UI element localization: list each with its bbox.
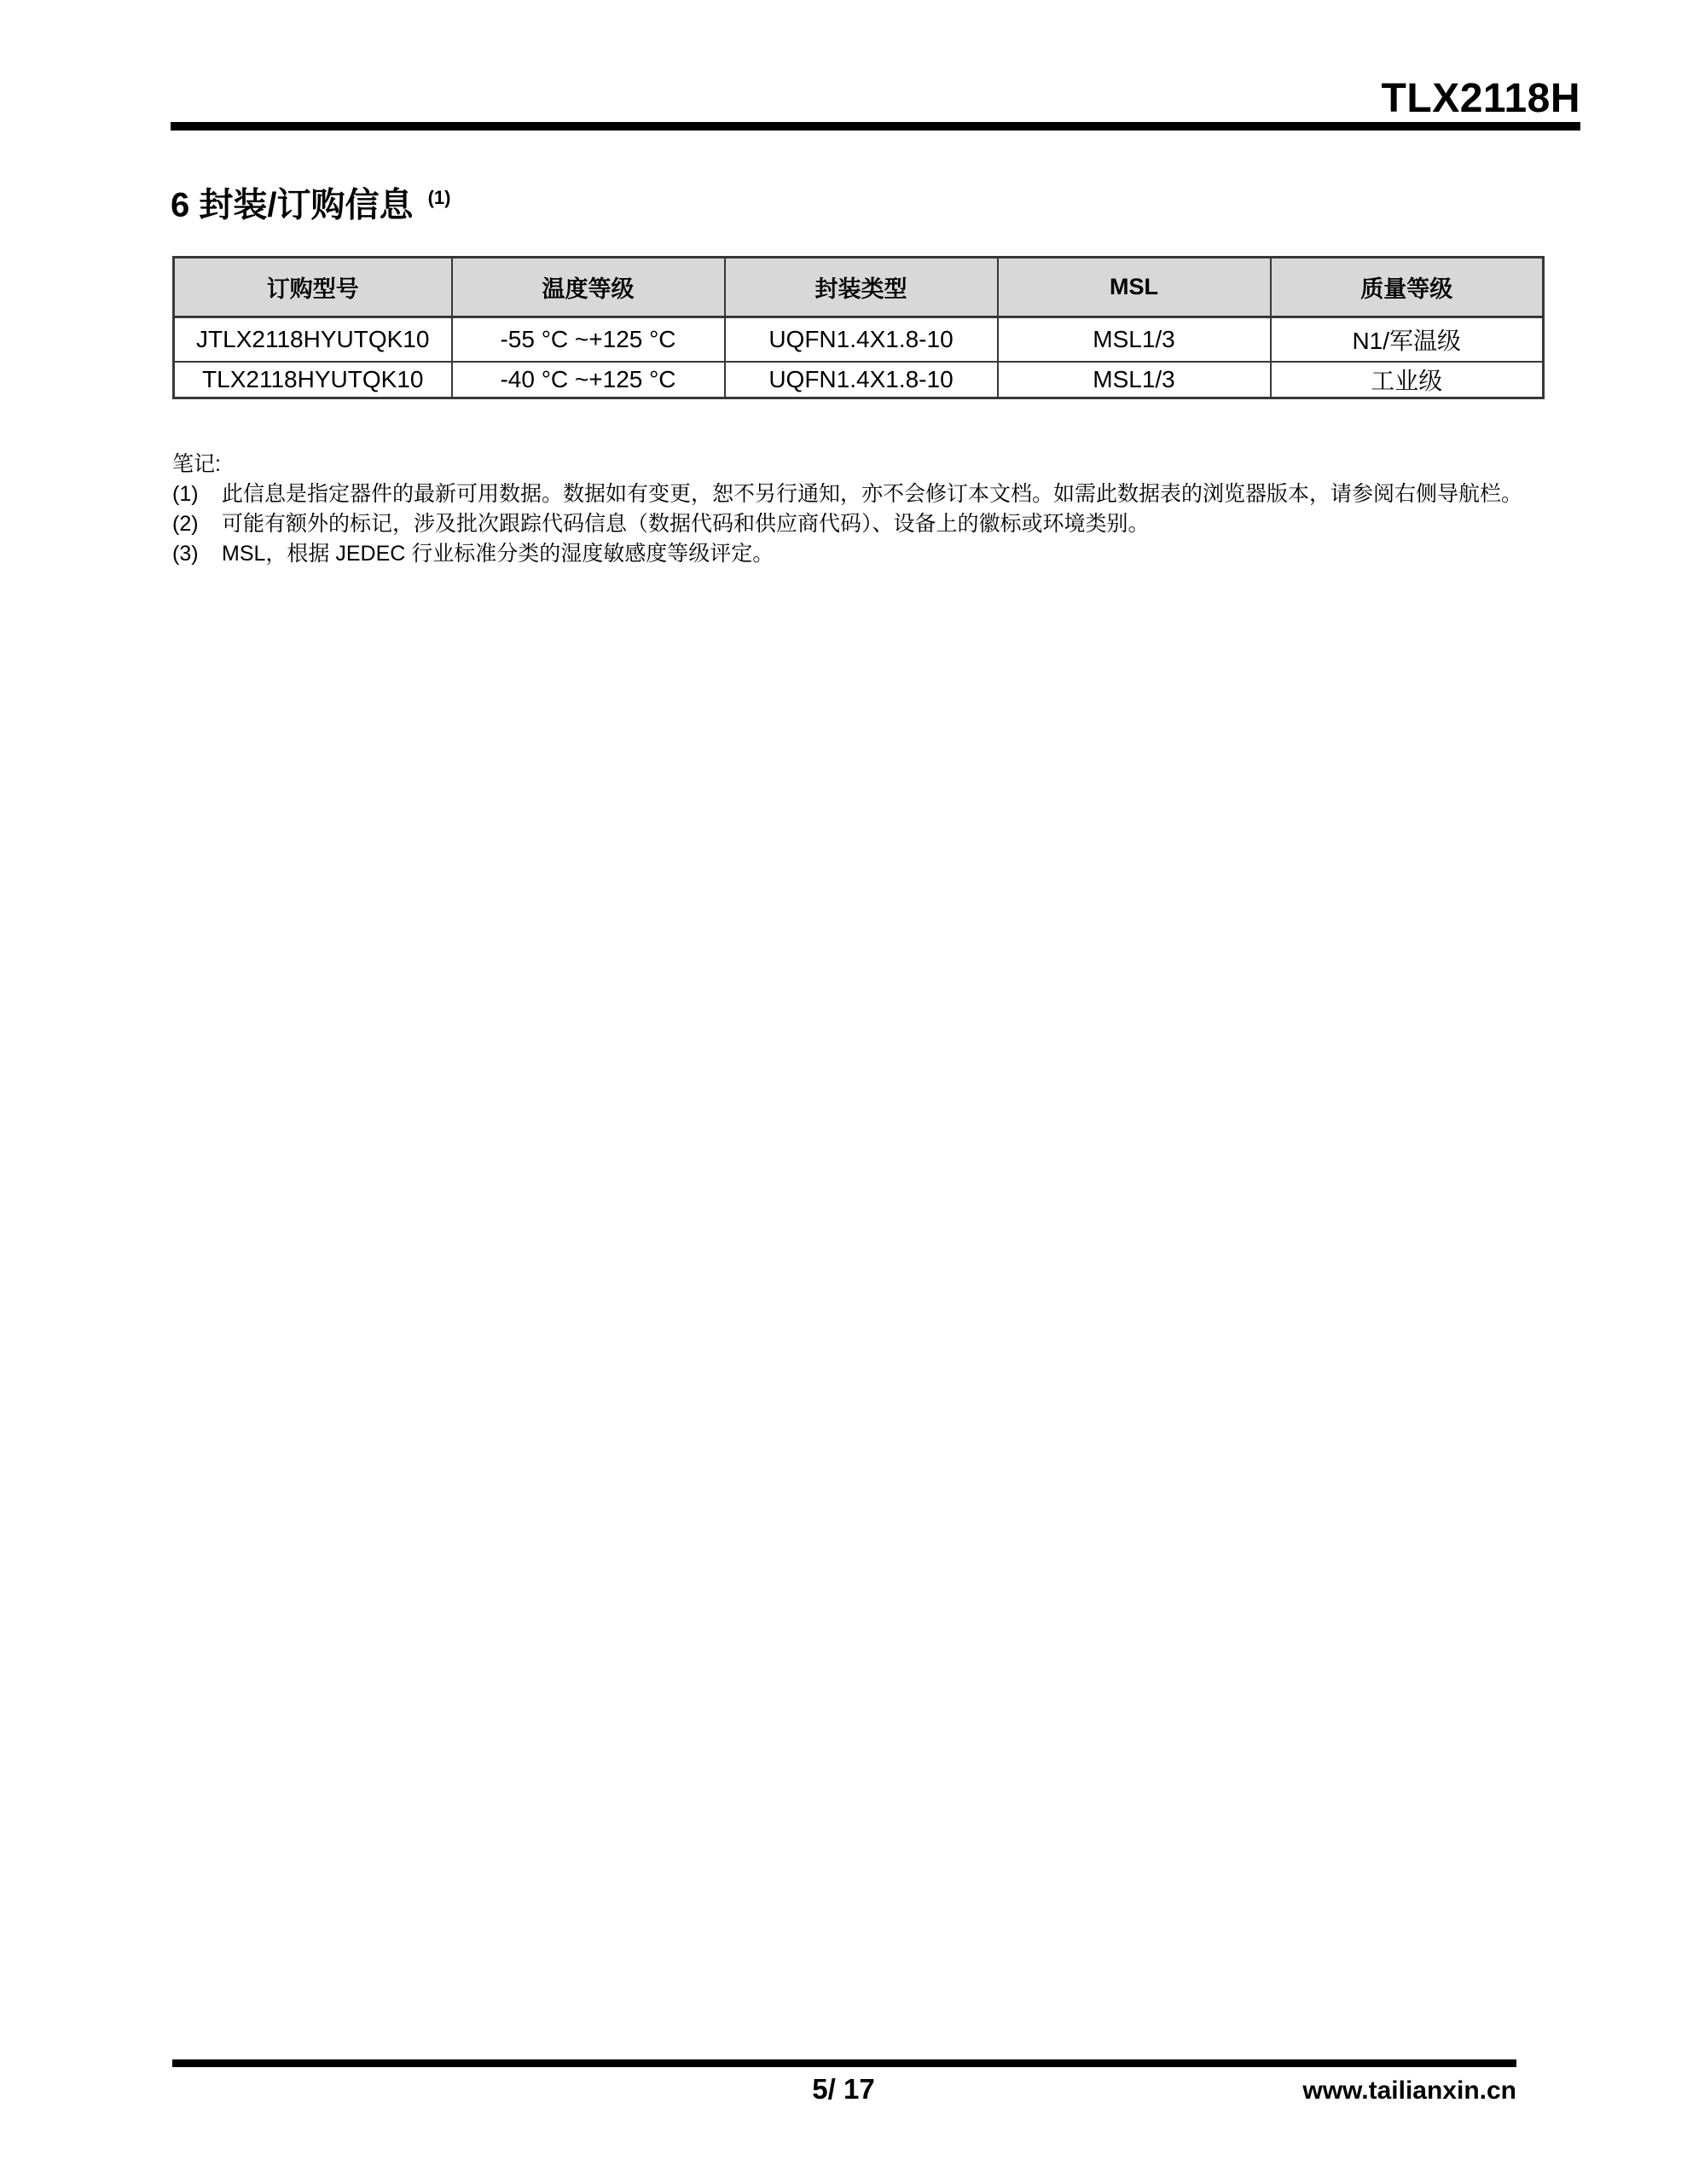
ordering-info-table: 订购型号 温度等级 封装类型 MSL 质量等级 JTLX2118HYUTQK10… bbox=[172, 256, 1545, 399]
note-marker: (1) bbox=[172, 479, 222, 509]
note-text: MSL，根据 JEDEC 行业标准分类的湿度敏感度等级评定。 bbox=[222, 539, 1532, 569]
cell-quality-grade: N1/军温级 bbox=[1271, 317, 1544, 362]
doc-title: TLX2118H bbox=[1382, 77, 1580, 121]
notes-label: 笔记: bbox=[172, 450, 221, 478]
table-header-row: 订购型号 温度等级 封装类型 MSL 质量等级 bbox=[174, 258, 1544, 317]
footer-website: www.tailianxin.cn bbox=[1302, 2076, 1516, 2106]
note-text: 可能有额外的标记，涉及批次跟踪代码信息（数据代码和供应商代码）、设备上的徽标或环… bbox=[222, 509, 1532, 539]
cell-order-number: TLX2118HYUTQK10 bbox=[174, 362, 452, 398]
note-item: (1) 此信息是指定器件的最新可用数据。数据如有变更，恕不另行通知，亦不会修订本… bbox=[172, 479, 1533, 509]
section-heading: 6 封装/订购信息 (1) bbox=[171, 177, 451, 225]
cell-package-type: UQFN1.4X1.8-10 bbox=[725, 317, 998, 362]
document-page: TLX2118H 6 封装/订购信息 (1) 订购型号 温度等级 封装类型 MS… bbox=[0, 0, 1687, 2184]
col-header-quality-grade: 质量等级 bbox=[1271, 258, 1544, 317]
cell-package-type: UQFN1.4X1.8-10 bbox=[725, 362, 998, 398]
col-header-package-type: 封装类型 bbox=[725, 258, 998, 317]
cell-quality-grade: 工业级 bbox=[1271, 362, 1544, 398]
cell-order-number: JTLX2118HYUTQK10 bbox=[174, 317, 452, 362]
note-item: (3) MSL，根据 JEDEC 行业标准分类的湿度敏感度等级评定。 bbox=[172, 539, 1533, 569]
note-marker: (2) bbox=[172, 509, 222, 539]
cell-msl: MSL1/3 bbox=[998, 317, 1271, 362]
note-marker: (3) bbox=[172, 539, 222, 569]
footer-rule bbox=[172, 2059, 1516, 2067]
section-heading-text: 6 封装/订购信息 bbox=[171, 186, 413, 224]
header-rule bbox=[171, 122, 1580, 131]
note-item: (2) 可能有额外的标记，涉及批次跟踪代码信息（数据代码和供应商代码）、设备上的… bbox=[172, 509, 1533, 539]
table-row: TLX2118HYUTQK10 -40 °C ~+125 °C UQFN1.4X… bbox=[174, 362, 1544, 398]
cell-msl: MSL1/3 bbox=[998, 362, 1271, 398]
col-header-msl: MSL bbox=[998, 258, 1271, 317]
col-header-temperature-grade: 温度等级 bbox=[452, 258, 725, 317]
note-text: 此信息是指定器件的最新可用数据。数据如有变更，恕不另行通知，亦不会修订本文档。如… bbox=[222, 479, 1532, 509]
cell-temperature-grade: -55 °C ~+125 °C bbox=[452, 317, 725, 362]
cell-temperature-grade: -40 °C ~+125 °C bbox=[452, 362, 725, 398]
section-heading-footnote-ref: (1) bbox=[428, 187, 451, 208]
col-header-order-number: 订购型号 bbox=[174, 258, 452, 317]
notes-list: (1) 此信息是指定器件的最新可用数据。数据如有变更，恕不另行通知，亦不会修订本… bbox=[172, 479, 1533, 569]
table-row: JTLX2118HYUTQK10 -55 °C ~+125 °C UQFN1.4… bbox=[174, 317, 1544, 362]
